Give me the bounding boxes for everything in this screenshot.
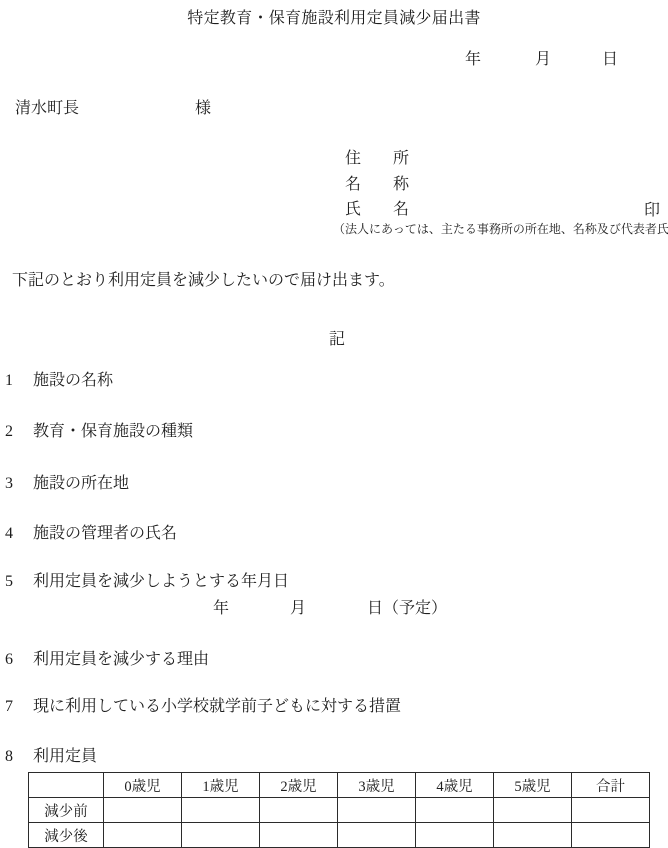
item-manager-name: 4施設の管理者の氏名 [5,525,177,543]
capacity-cell-after-age4 [416,823,494,848]
body-statement: 下記のとおり利用定員を減少したいので届け出ます。 [12,272,395,290]
item-facility-type: 2教育・保育施設の種類 [5,423,193,441]
seal-mark-label: 印 [644,202,660,220]
item-reduction-date: 5利用定員を減少しようとする年月日 [5,573,289,591]
capacity-row-before-reduction: 減少前 [29,798,650,823]
item-label: 施設の管理者の氏名 [33,525,177,542]
capacity-header-age0: 0歳児 [104,773,182,798]
applicant-note: （法人にあっては、主たる事務所の所在地、名称及び代表者氏名） [333,222,668,236]
addressee-honorific: 様 [195,100,211,118]
submission-date-month-label: 月 [535,51,551,69]
submission-date-day-label: 日 [602,51,618,69]
capacity-header-age1: 1歳児 [182,773,260,798]
capacity-table-header-row: 0歳児 1歳児 2歳児 3歳児 4歳児 5歳児 合計 [29,773,650,798]
item-label: 利用定員を減少する理由 [33,651,209,668]
capacity-header-age2: 2歳児 [260,773,338,798]
capacity-cell-after-age0 [104,823,182,848]
item-reduction-reason: 6利用定員を減少する理由 [5,651,209,669]
capacity-cell-before-age3 [338,798,416,823]
item-facility-location: 3施設の所在地 [5,475,129,493]
capacity-header-age4: 4歳児 [416,773,494,798]
item-label: 施設の名称 [33,372,113,389]
planned-date-month-label: 月 [290,600,306,618]
document-title: 特定教育・保育施設利用定員減少届出書 [0,5,668,28]
applicant-person-label: 氏 名 [345,201,409,219]
notification-form-page: 特定教育・保育施設利用定員減少届出書 年 月 日 清水町長 様 住 所 名 称 … [0,0,668,848]
planned-date-day-label: 日（予定） [367,600,447,618]
capacity-row-label-after: 減少後 [29,823,104,848]
item-number: 5 [5,573,33,591]
item-number: 2 [5,423,33,441]
item-number: 6 [5,651,33,669]
capacity-cell-before-age4 [416,798,494,823]
capacity-table: 0歳児 1歳児 2歳児 3歳児 4歳児 5歳児 合計 減少前 減少後 [28,772,650,848]
capacity-cell-after-age2 [260,823,338,848]
item-number: 1 [5,372,33,390]
planned-suffix: （予定） [383,600,447,617]
capacity-cell-before-age2 [260,798,338,823]
capacity-cell-before-total [572,798,650,823]
item-current-children-measures: 7現に利用している小学校就学前子どもに対する措置 [5,698,401,716]
item-label: 利用定員を減少しようとする年月日 [33,573,289,590]
capacity-cell-after-age1 [182,823,260,848]
capacity-cell-before-age5 [494,798,572,823]
capacity-header-empty [29,773,104,798]
item-number: 8 [5,748,33,766]
capacity-cell-after-age5 [494,823,572,848]
capacity-cell-after-age3 [338,823,416,848]
capacity-cell-before-age1 [182,798,260,823]
item-label: 施設の所在地 [33,475,129,492]
item-capacity: 8利用定員 [5,748,97,766]
capacity-row-label-before: 減少前 [29,798,104,823]
capacity-header-age5: 5歳児 [494,773,572,798]
item-number: 3 [5,475,33,493]
applicant-name-label: 名 称 [345,176,409,194]
capacity-cell-before-age0 [104,798,182,823]
item-facility-name: 1施設の名称 [5,372,113,390]
capacity-header-age3: 3歳児 [338,773,416,798]
capacity-header-total: 合計 [572,773,650,798]
applicant-address-label: 住 所 [345,150,409,168]
capacity-row-after-reduction: 減少後 [29,823,650,848]
item-number: 7 [5,698,33,716]
submission-date-year-label: 年 [465,51,481,69]
day-label: 日 [367,600,383,617]
record-heading: 記 [0,326,668,349]
addressee-name: 清水町長 [15,100,79,118]
planned-date-year-label: 年 [213,600,229,618]
item-label: 教育・保育施設の種類 [33,423,193,440]
item-number: 4 [5,525,33,543]
item-label: 利用定員 [33,748,97,765]
item-label: 現に利用している小学校就学前子どもに対する措置 [33,698,401,715]
capacity-cell-after-total [572,823,650,848]
